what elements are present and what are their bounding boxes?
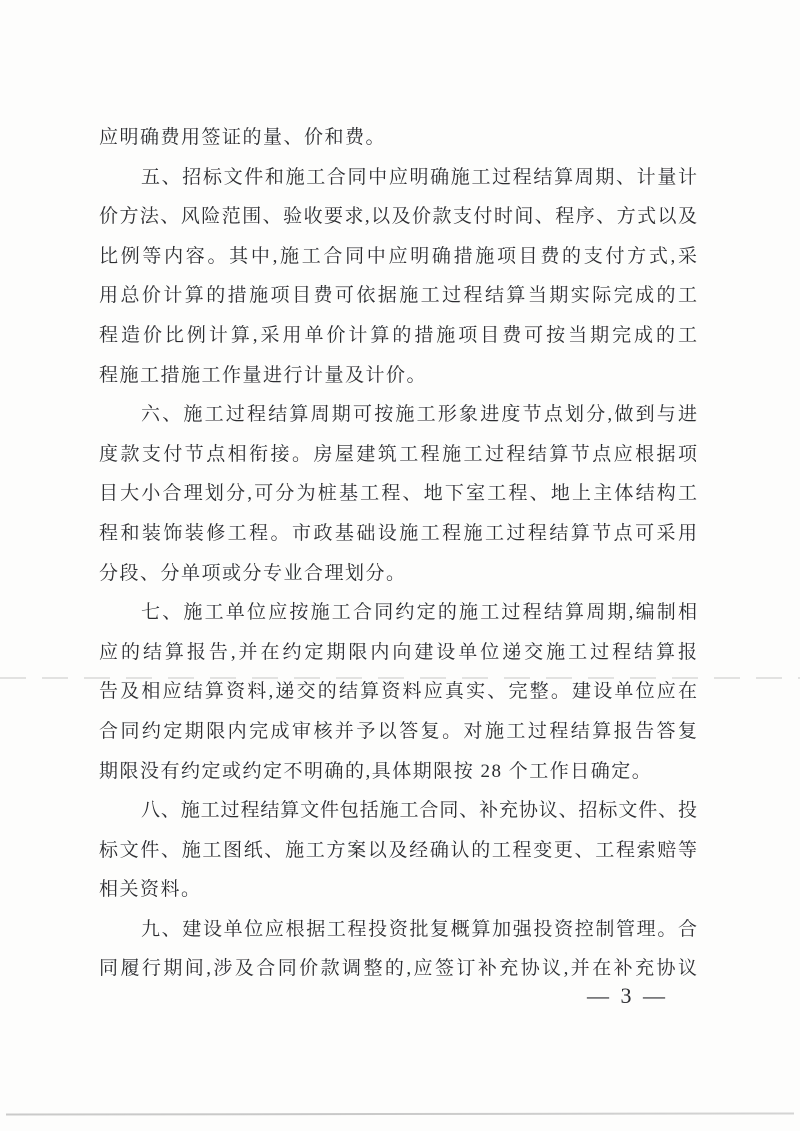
text-line: 程施工措施工作量进行计量及计价。 (99, 356, 697, 396)
text-line: 应明确费用签证的量、价和费。 (99, 118, 697, 158)
text-line: 七、施工单位应按施工合同约定的施工过程结算周期,编制相 (99, 593, 697, 633)
text-line: 目大小合理划分,可分为桩基工程、地下室工程、地上主体结构工 (99, 474, 697, 514)
scanned-document-page: 应明确费用签证的量、价和费。五、招标文件和施工合同中应明确施工过程结算周期、计量… (0, 0, 800, 1131)
text-line: 八、施工过程结算文件包括施工合同、补充协议、招标文件、投 (99, 791, 697, 831)
text-line: 九、建设单位应根据工程投资批复概算加强投资控制管理。合 (99, 910, 697, 950)
text-line: 程造价比例计算,采用单价计算的措施项目费可按当期完成的工 (99, 316, 697, 356)
text-line: 相关资料。 (99, 870, 697, 910)
text-line: 程和装饰装修工程。市政基础设施工程施工过程结算节点可采用 (99, 514, 697, 554)
text-line: 价方法、风险范围、验收要求,以及价款支付时间、程序、方式以及 (99, 197, 697, 237)
page-number: — 3 — (587, 983, 668, 1009)
text-line: 比例等内容。其中,施工合同中应明确措施项目费的支付方式,采 (99, 237, 697, 277)
text-line: 标文件、施工图纸、施工方案以及经确认的工程变更、工程索赔等 (99, 831, 697, 871)
text-line: 应的结算报告,并在约定期限内向建设单位递交施工过程结算报 (99, 633, 697, 673)
document-body: 应明确费用签证的量、价和费。五、招标文件和施工合同中应明确施工过程结算周期、计量… (99, 118, 697, 989)
text-line: 用总价计算的措施项目费可依据施工过程结算当期实际完成的工 (99, 276, 697, 316)
text-line: 期限没有约定或约定不明确的,具体期限按 28 个工作日确定。 (99, 752, 697, 792)
scan-edge-artifact (6, 1112, 794, 1115)
fold-crease-artifact (0, 677, 800, 679)
text-line: 分段、分单项或分专业合理划分。 (99, 554, 697, 594)
text-line: 度款支付节点相衔接。房屋建筑工程施工过程结算节点应根据项 (99, 435, 697, 475)
text-line: 五、招标文件和施工合同中应明确施工过程结算周期、计量计 (99, 158, 697, 198)
text-line: 六、施工过程结算周期可按施工形象进度节点划分,做到与进 (99, 395, 697, 435)
text-line: 合同约定期限内完成审核并予以答复。对施工过程结算报告答复 (99, 712, 697, 752)
